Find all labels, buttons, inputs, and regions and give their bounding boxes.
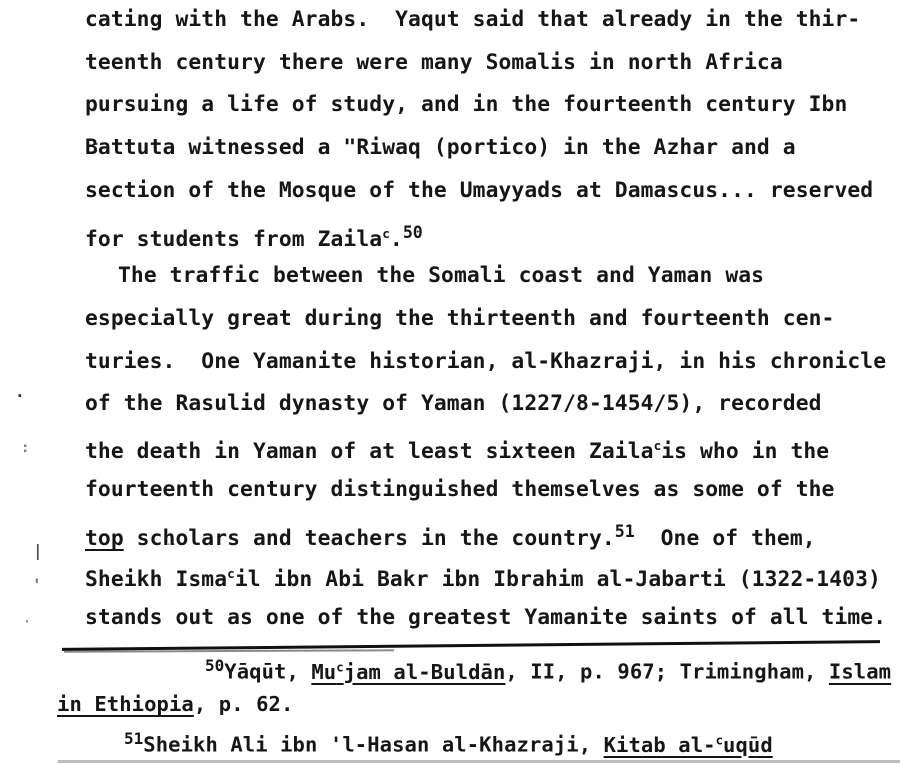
- text-segment: , II, p. 967; Trimingham,: [505, 660, 829, 684]
- footnote-marker: 51: [615, 522, 635, 541]
- margin-artifact: :: [21, 441, 29, 455]
- text-segment: of the Rasulid dynasty of Yaman (1227/8-…: [85, 391, 822, 416]
- footnote-line: 51Sheikh Ali ibn 'l-Hasan al-Khazraji, K…: [124, 725, 773, 759]
- text-segment: The traffic between the Somali coast and…: [118, 263, 764, 288]
- text-segment: jam al-Buldān: [344, 660, 506, 684]
- text-segment: Sheikh Ali ibn 'l-Hasan al-Khazraji,: [143, 733, 603, 757]
- text-segment: Battuta witnessed a "Riwaq (portico) in …: [85, 135, 796, 160]
- footnote-line: 50Yāqūt, Mucjam al-Buldān, II, p. 967; T…: [205, 652, 891, 686]
- text-segment: fourteenth century distinguished themsel…: [85, 477, 834, 502]
- margin-artifact: |: [33, 543, 43, 559]
- body-text: cating with the Arabs. Yaqut said that a…: [85, 0, 900, 639]
- text-segment: Kitab al-: [604, 733, 716, 757]
- text-line: stands out as one of the greatest Yamani…: [85, 597, 900, 640]
- text-segment: the death in Yaman of at least sixteen Z…: [85, 439, 654, 464]
- text-line: top scholars and teachers in the country…: [85, 511, 900, 554]
- text-line: turies. One Yamanite historian, al-Khazr…: [85, 341, 900, 384]
- ayn-superscript: c: [716, 733, 723, 747]
- text-segment: .: [390, 227, 403, 252]
- text-segment: section of the Mosque of the Umayyads at…: [85, 178, 873, 203]
- page: cating with the Arabs. Yaqut said that a…: [0, 0, 900, 764]
- text-segment: stands out as one of the greatest Yamani…: [85, 605, 886, 630]
- scanned-document-page: { "page": { "width": 900, "height": 764,…: [0, 0, 900, 764]
- text-line: especially great during the thirteenth a…: [85, 298, 900, 341]
- underlined-text: Mucjam al-Buldān: [311, 660, 505, 684]
- text-line: the death in Yaman of at least sixteen Z…: [85, 426, 900, 469]
- text-segment: teenth century there were many Somalis i…: [85, 50, 783, 75]
- text-segment: is who in the: [661, 439, 829, 464]
- margin-artifact: ·: [93, 138, 100, 150]
- margin-artifact: ...: [166, 539, 182, 548]
- underlined-text: in Ethiopia: [57, 692, 194, 716]
- text-segment: turies. One Yamanite historian, al-Khazr…: [85, 349, 886, 374]
- text-segment: Yāqūt,: [224, 660, 311, 684]
- text-line: Sheikh Ismacil ibn Abi Bakr ibn Ibrahim …: [85, 554, 900, 597]
- text-segment: One of them,: [635, 526, 816, 551]
- text-line: cating with the Arabs. Yaqut said that a…: [85, 0, 900, 42]
- text-line: section of the Mosque of the Umayyads at…: [85, 170, 900, 213]
- margin-artifact: ·: [23, 616, 31, 629]
- text-line: for students from Zailac.50: [85, 212, 900, 255]
- text-line: Battuta witnessed a "Riwaq (portico) in …: [85, 127, 900, 170]
- footnote-marker: 51: [124, 729, 143, 748]
- text-segment: uqūd: [723, 733, 773, 757]
- ayn-superscript: c: [382, 227, 390, 242]
- text-segment: Mu: [311, 660, 336, 684]
- text-line: teenth century there were many Somalis i…: [85, 42, 900, 85]
- text-segment: Sheikh Isma: [85, 567, 227, 592]
- ayn-superscript: c: [227, 567, 235, 582]
- page-bottom-edge: [58, 760, 900, 763]
- text-segment: in Ethiopia: [57, 692, 194, 716]
- margin-artifact: ·: [15, 388, 25, 404]
- text-segment: for students from Zaila: [85, 227, 382, 252]
- text-line: fourteenth century distinguished themsel…: [85, 469, 900, 512]
- ayn-superscript: c: [336, 660, 343, 674]
- text-segment: scholars and teachers in the country.: [124, 526, 615, 551]
- text-segment: , p. 62.: [194, 692, 294, 716]
- text-segment: top: [85, 526, 124, 551]
- underlined-text: Islam: [829, 660, 891, 684]
- underlined-text: top: [85, 526, 124, 551]
- text-segment: il ibn Abi Bakr ibn Ibrahim al-Jabarti (…: [235, 567, 881, 592]
- margin-artifact: ': [32, 577, 42, 593]
- text-line: pursuing a life of study, and in the fou…: [85, 84, 900, 127]
- text-segment: Islam: [829, 660, 891, 684]
- text-line: of the Rasulid dynasty of Yaman (1227/8-…: [85, 383, 900, 426]
- footnote-marker: 50: [205, 656, 224, 675]
- text-segment: pursuing a life of study, and in the fou…: [85, 92, 847, 117]
- text-line: The traffic between the Somali coast and…: [85, 255, 900, 298]
- text-segment: cating with the Arabs. Yaqut said that a…: [85, 7, 860, 32]
- footnote-line: in Ethiopia, p. 62.: [57, 691, 293, 718]
- underlined-text: Kitab al-cuqūd: [604, 733, 773, 757]
- footnote-marker: 50: [403, 223, 423, 242]
- text-segment: especially great during the thirteenth a…: [85, 306, 834, 331]
